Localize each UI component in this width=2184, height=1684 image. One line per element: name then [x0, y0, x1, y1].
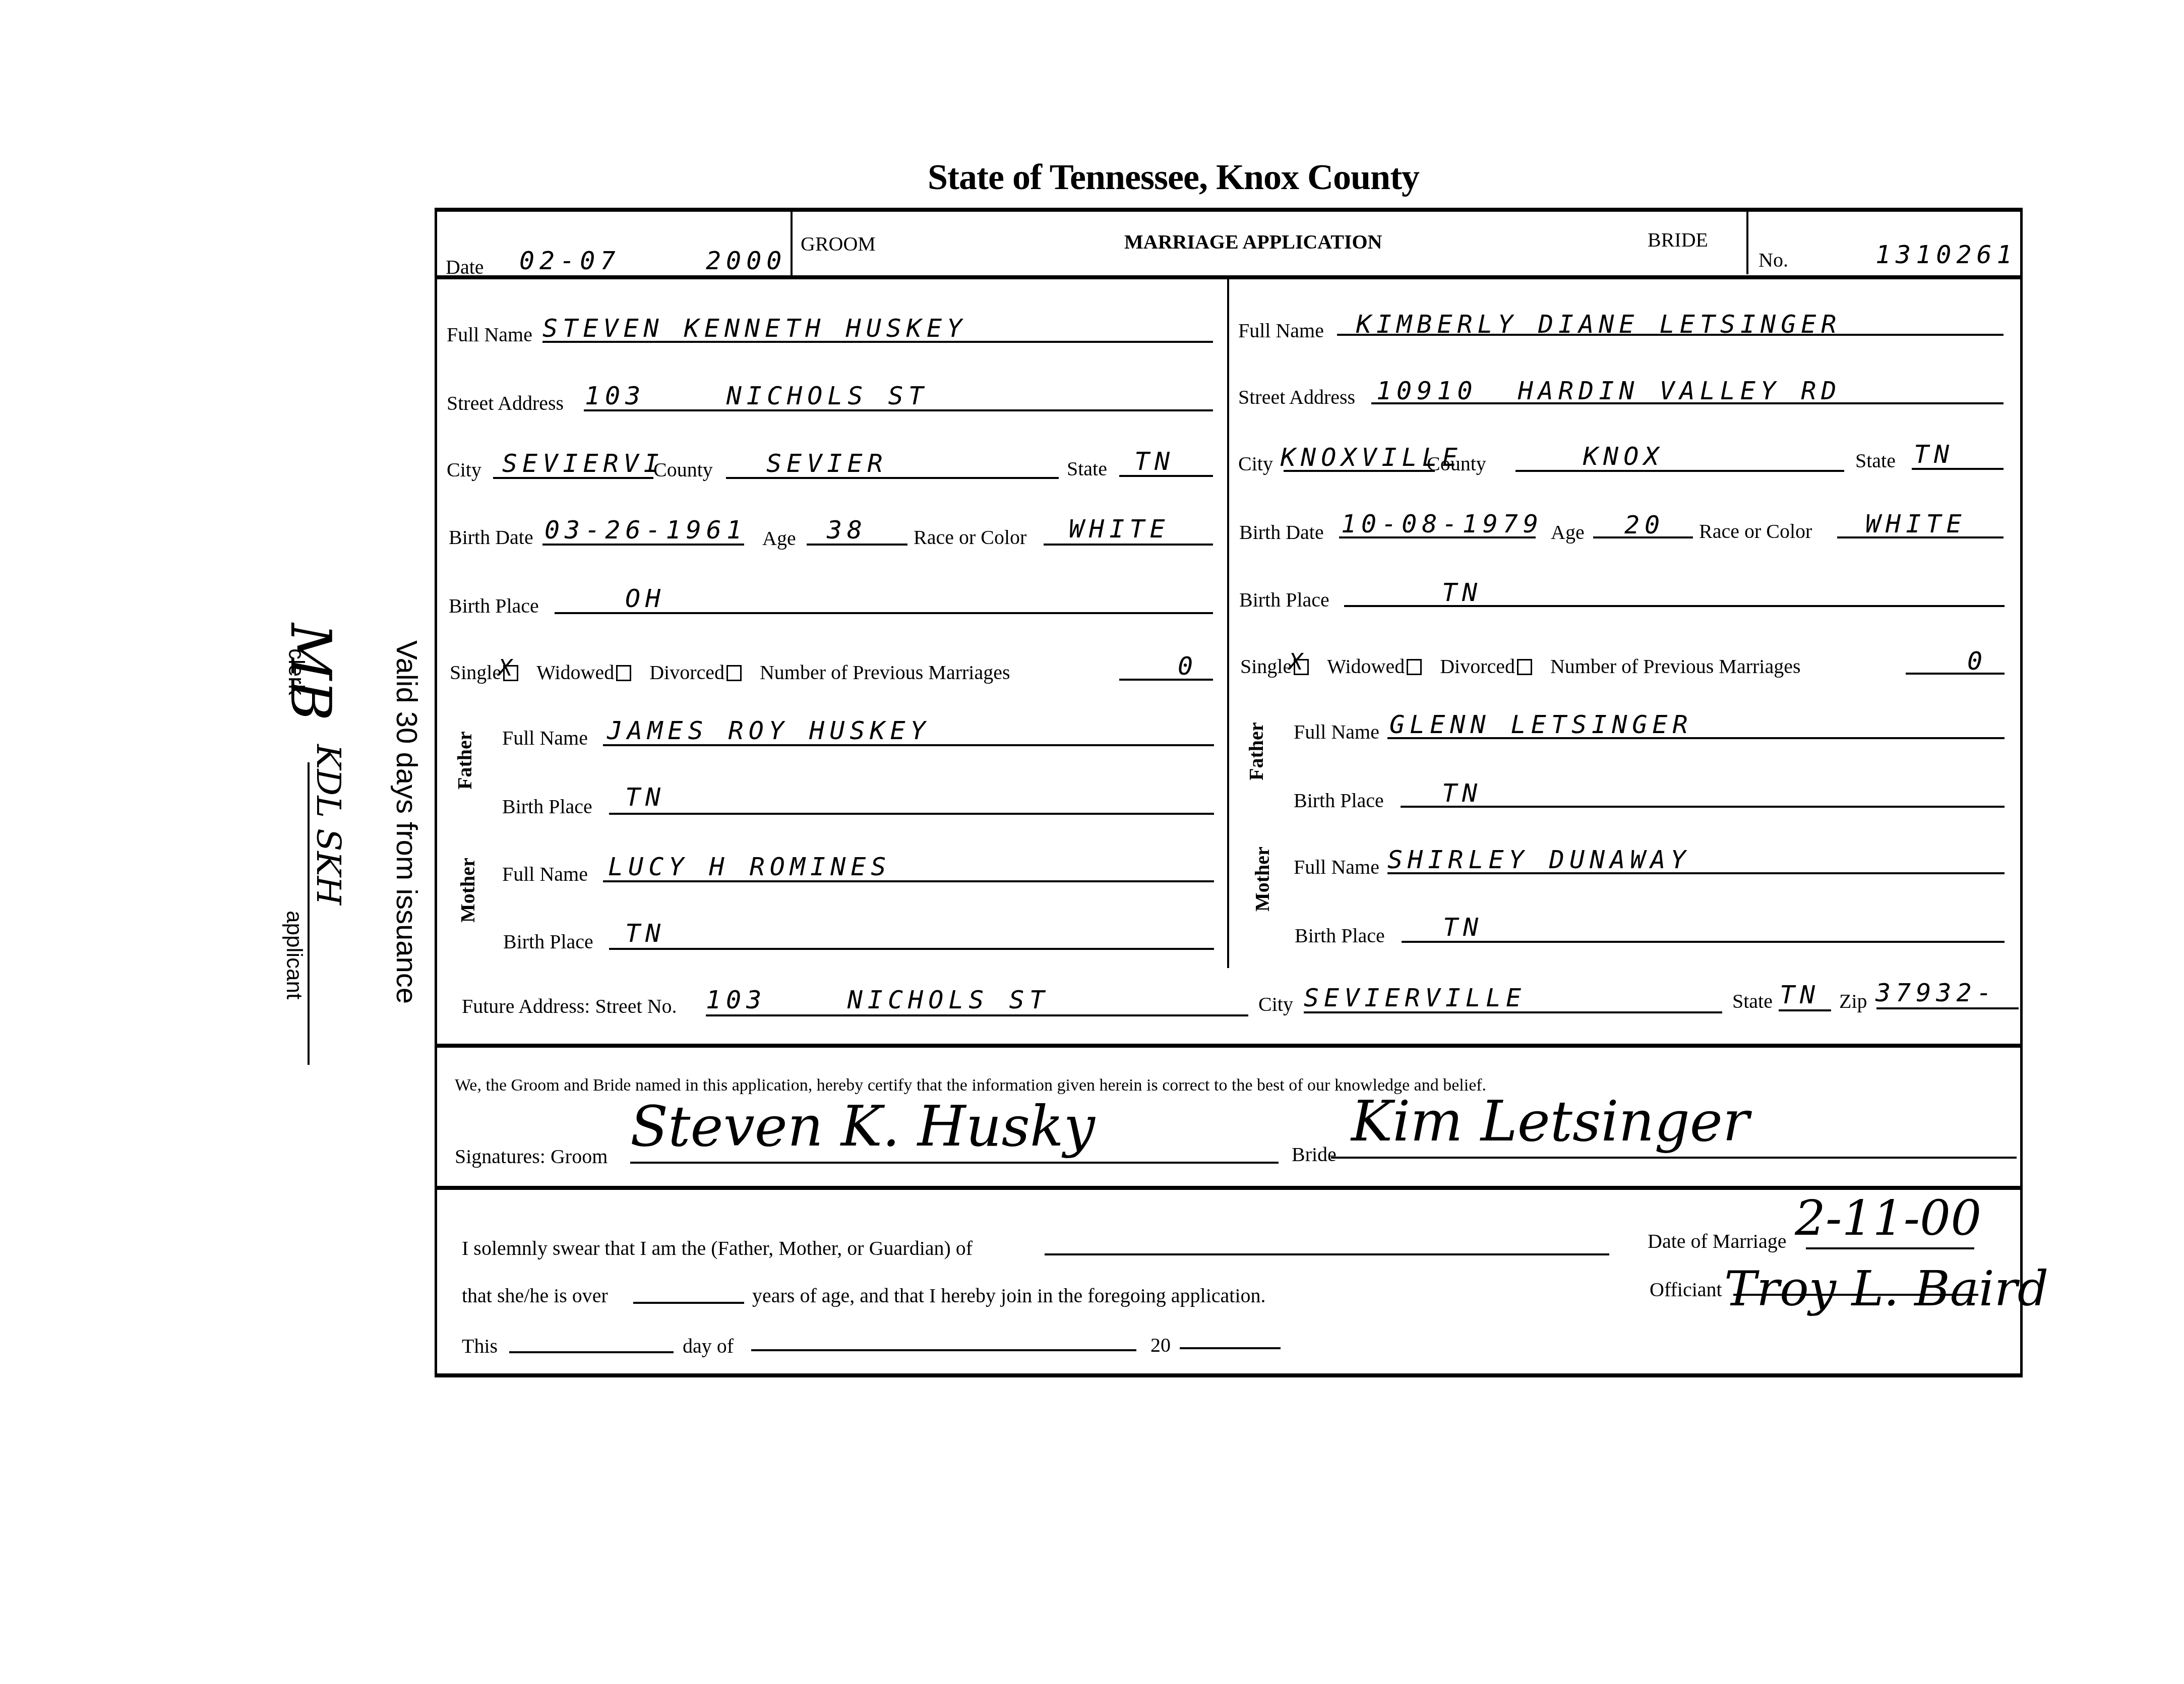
groom-state[interactable]: TN	[1134, 447, 1175, 476]
bride-mother-heading: Mother	[1250, 847, 1274, 912]
groom-signature[interactable]: Steven K. Husky	[630, 1094, 1095, 1159]
bride-divorced-checkbox[interactable]	[1517, 659, 1532, 675]
date-of-marriage-value[interactable]: 2-11-00	[1795, 1190, 1981, 1246]
groom-age[interactable]: 38	[827, 515, 867, 545]
bride-street-label: Street Address	[1238, 385, 1355, 409]
groom-father-name[interactable]: JAMES ROY HUSKEY	[607, 716, 931, 745]
groom-race-label: Race or Color	[914, 525, 1026, 549]
bride-full-name-label: Full Name	[1238, 319, 1324, 342]
groom-marital-status: SingleX Widowed Divorced Number of Previ…	[450, 660, 1010, 684]
bride-mother-name[interactable]: SHIRLEY DUNAWAY	[1387, 845, 1691, 874]
bride-birth-place-label: Birth Place	[1239, 588, 1329, 612]
bride-heading: BRIDE	[1648, 228, 1708, 252]
guardian-oath-line1: I solemnly swear that I am the (Father, …	[462, 1236, 973, 1260]
future-zip-value[interactable]: 37932-	[1875, 978, 1997, 1007]
bride-father-birthplace[interactable]: TN	[1442, 778, 1482, 808]
date-of-marriage-label: Date of Marriage	[1648, 1229, 1786, 1253]
groom-father-name-label: Full Name	[502, 726, 588, 750]
future-state-label: State	[1732, 989, 1773, 1013]
guardian-top-rule	[435, 1186, 2023, 1190]
bride-county[interactable]: KNOX	[1583, 442, 1664, 471]
bride-city-label: City	[1238, 452, 1273, 475]
bride-birth-place[interactable]: TN	[1442, 578, 1482, 607]
future-city-value[interactable]: SEVIERVILLE	[1304, 983, 1526, 1012]
groom-birth-place[interactable]: OH	[625, 584, 665, 613]
groom-single-checkbox[interactable]: X	[503, 665, 518, 681]
bride-marital-status: SingleX Widowed Divorced Number of Previ…	[1240, 654, 1801, 678]
validity-note: Valid 30 days from issuance	[390, 640, 423, 1004]
groom-widowed-checkbox[interactable]	[616, 665, 631, 681]
signatures-groom-label: Signatures: Groom	[455, 1145, 608, 1168]
guardian-oath-line2b: years of age, and that I hereby join in …	[752, 1284, 1266, 1307]
bride-county-label: County	[1427, 452, 1486, 475]
application-number: 1310261	[1875, 240, 2017, 269]
bride-mother-birthplace-label: Birth Place	[1295, 924, 1385, 947]
guardian-oath-line3b: day of	[683, 1334, 734, 1358]
guardian-oath-line3a: This	[462, 1334, 498, 1358]
bride-father-name-label: Full Name	[1294, 720, 1379, 744]
header-divider-right	[1746, 208, 1748, 274]
groom-street-address[interactable]: 103 NICHOLS ST	[585, 381, 929, 410]
future-zip-label: Zip	[1839, 989, 1867, 1013]
groom-full-name[interactable]: STEVEN KENNETH HUSKEY	[542, 314, 967, 343]
groom-city[interactable]: SEVIERVI	[502, 449, 664, 478]
groom-mother-birthplace-label: Birth Place	[503, 930, 593, 953]
groom-mother-birthplace[interactable]: TN	[625, 919, 665, 948]
guardian-of-field[interactable]	[1045, 1253, 1609, 1255]
bride-father-name[interactable]: GLENN LETSINGER	[1389, 710, 1693, 739]
groom-father-birthplace[interactable]: TN	[625, 783, 665, 812]
year-value: 2000	[706, 246, 786, 275]
groom-heading: GROOM	[801, 232, 876, 256]
groom-birth-place-label: Birth Place	[449, 594, 539, 618]
bride-race-label: Race or Color	[1699, 519, 1812, 543]
bride-age[interactable]: 20	[1624, 510, 1665, 539]
bride-previous-marriages[interactable]: 0	[1967, 646, 1987, 676]
bride-mother-name-label: Full Name	[1294, 855, 1379, 879]
date-label: Date	[446, 255, 484, 279]
clerk-signature[interactable]: MB	[278, 623, 343, 720]
applicant-signature[interactable]: KDL SKH	[309, 744, 348, 905]
groom-divorced-checkbox[interactable]	[726, 665, 742, 681]
applicant-label: applicant	[281, 911, 307, 999]
bride-widowed-checkbox[interactable]	[1407, 659, 1422, 675]
groom-mother-name-label: Full Name	[502, 862, 588, 886]
groom-mother-name[interactable]: LUCY H ROMINES	[608, 852, 891, 881]
bride-race[interactable]: WHITE	[1865, 509, 1967, 538]
groom-state-label: State	[1067, 457, 1107, 480]
groom-city-label: City	[447, 458, 481, 482]
future-street-value[interactable]: 103 NICHOLS ST	[706, 985, 1050, 1014]
guardian-oath-line2a: that she/he is over	[462, 1284, 608, 1307]
guardian-year-field[interactable]	[1180, 1347, 1281, 1349]
header-divider-left	[791, 211, 793, 277]
certification-statement: We, the Groom and Bride named in this ap…	[455, 1076, 1486, 1095]
bride-birth-date[interactable]: 10-08-1979	[1341, 509, 1543, 538]
guardian-month-field[interactable]	[751, 1349, 1136, 1351]
officiant-label: Officiant	[1650, 1278, 1722, 1301]
future-city-label: City	[1258, 992, 1293, 1016]
bride-state-label: State	[1855, 449, 1896, 472]
future-street-label: Future Address: Street No.	[462, 994, 677, 1018]
groom-full-name-label: Full Name	[447, 323, 532, 346]
future-state-value[interactable]: TN	[1780, 980, 1820, 1009]
groom-street-label: Street Address	[447, 391, 564, 415]
groom-race[interactable]: WHITE	[1069, 514, 1170, 544]
bride-state[interactable]: TN	[1914, 440, 1954, 469]
groom-birth-date-label: Birth Date	[449, 525, 533, 549]
officiant-signature[interactable]: Troy L. Baird	[1724, 1260, 2048, 1317]
bride-mother-birthplace[interactable]: TN	[1443, 913, 1483, 942]
groom-county[interactable]: SEVIER	[766, 449, 888, 478]
bride-street-address[interactable]: 10910 HARDIN VALLEY RD	[1376, 376, 1841, 405]
bride-age-label: Age	[1551, 520, 1585, 544]
groom-age-label: Age	[762, 526, 796, 550]
guardian-day-field[interactable]	[509, 1351, 674, 1353]
groom-bride-divider	[1227, 277, 1229, 968]
document-title: State of Tennessee, Knox County	[928, 156, 1419, 198]
form-heading: MARRIAGE APPLICATION	[1124, 230, 1382, 254]
groom-father-birthplace-label: Birth Place	[502, 795, 592, 818]
bride-birth-date-label: Birth Date	[1239, 520, 1324, 544]
guardian-oath-line3c: 20	[1150, 1333, 1171, 1357]
number-label: No.	[1758, 248, 1788, 272]
date-value: 02-07	[519, 246, 621, 275]
guardian-age-field[interactable]	[633, 1302, 744, 1304]
bride-father-heading: Father	[1244, 722, 1268, 780]
groom-birth-date[interactable]: 03-26-1961	[544, 515, 747, 545]
groom-county-label: County	[653, 458, 713, 482]
signatures-bride-label: Bride	[1292, 1142, 1337, 1166]
groom-mother-heading: Mother	[456, 858, 479, 923]
groom-previous-marriages[interactable]: 0	[1178, 651, 1198, 681]
groom-father-heading: Father	[453, 731, 476, 790]
bride-father-birthplace-label: Birth Place	[1294, 789, 1384, 812]
bride-signature[interactable]: Kim Letsinger	[1351, 1089, 1749, 1154]
bride-single-checkbox[interactable]: X	[1294, 659, 1309, 675]
certification-top-rule	[435, 1044, 2023, 1048]
